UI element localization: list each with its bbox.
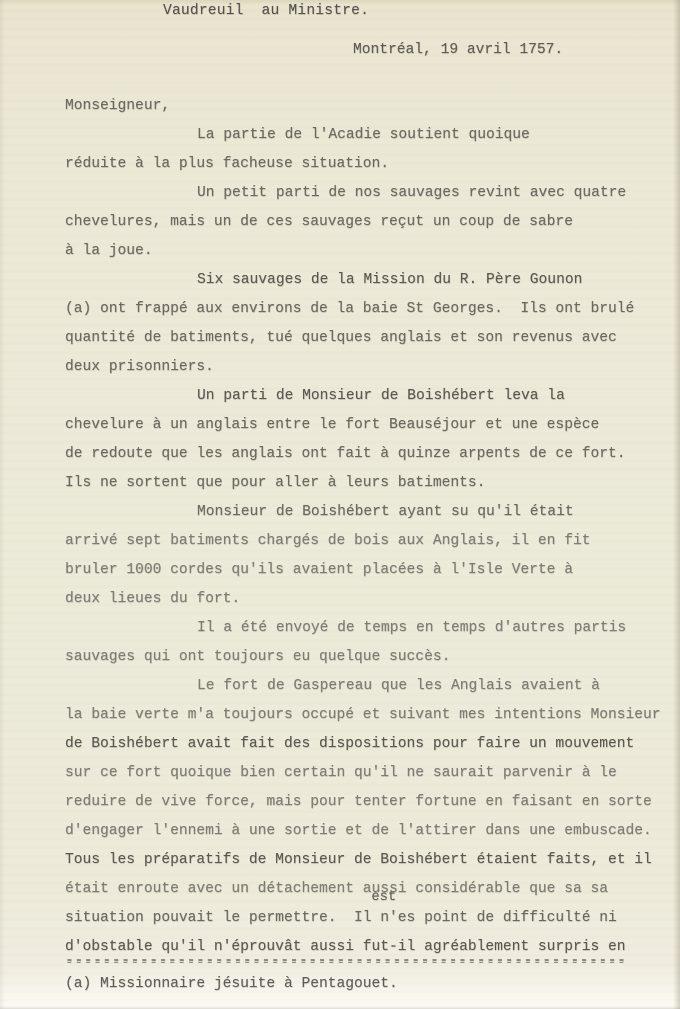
- text-line: la baie verte m'a toujours occupé et sui…: [65, 701, 671, 730]
- text-line: Il a été envoyé de temps en temps d'autr…: [65, 614, 671, 643]
- text-line: La partie de l'Acadie soutient quoique: [65, 121, 671, 150]
- text-line: Six sauvages de la Mission du R. Père Go…: [65, 266, 671, 295]
- text-line: à la joue.: [65, 237, 671, 266]
- text-line: deux lieues du fort.: [65, 585, 671, 614]
- text-line: deux prisonniers.: [65, 353, 671, 382]
- text-line: sur ce fort quoique bien certain qu'il n…: [65, 759, 671, 788]
- text-line: reduire de vive force, mais pour tenter …: [65, 788, 671, 817]
- text-line: Monsieur de Boishébert ayant su qu'il ét…: [65, 498, 671, 527]
- text-line: d'obstable qu'il n'éprouvât aussi fut-il…: [65, 933, 671, 962]
- text-line: Le fort de Gaspereau que les Anglais ava…: [65, 672, 671, 701]
- text-line: quantité de batiments, tué quelques angl…: [65, 324, 671, 353]
- letter-footnote: (a) Missionnaire jésuite à Pentagouet.: [65, 970, 671, 999]
- text-line: Ils ne sortent que pour aller à leurs ba…: [65, 469, 671, 498]
- text-line: de Boishébert avait fait des disposition…: [65, 730, 671, 759]
- text-line: chevelures, mais un de ces sauvages reçu…: [65, 208, 671, 237]
- text-line: bruler 1000 cordes qu'ils avaient placée…: [65, 556, 671, 585]
- text-line: situation pouvait le permettre. Il n'es …: [65, 904, 671, 933]
- text-line: Un petit parti de nos sauvages revint av…: [65, 179, 671, 208]
- letter-page: Vaudreuil au Ministre. Montréal, 19 avri…: [0, 0, 680, 1009]
- text-line: (a) ont frappé aux environs de la baie S…: [65, 295, 671, 324]
- text-line: arrivé sept batiments chargés de bois au…: [65, 527, 671, 556]
- letter-heading: Vaudreuil au Ministre.: [163, 3, 369, 19]
- text-line: Tous les préparatifs de Monsieur de Bois…: [65, 846, 671, 875]
- letter-dateline: Montréal, 19 avril 1757.: [353, 42, 563, 58]
- text-line: chevelure à un anglais entre le fort Bea…: [65, 411, 671, 440]
- text-line: Un parti de Monsieur de Boishébert leva …: [65, 382, 671, 411]
- text-line: était enroute avec un détachement aussi …: [65, 875, 671, 904]
- text-line: de redoute que les anglais ont fait à qu…: [65, 440, 671, 469]
- text-line: sauvages qui ont toujours eu quelque suc…: [65, 643, 671, 672]
- text-line: réduite à la plus facheuse situation.: [65, 150, 671, 179]
- text-line: d'engager l'ennemi à une sortie et de l'…: [65, 817, 671, 846]
- text-line: Monseigneur,: [65, 92, 671, 121]
- interlinear-insertion: est: [371, 890, 396, 906]
- letter-body: Monseigneur,La partie de l'Acadie soutie…: [65, 92, 671, 999]
